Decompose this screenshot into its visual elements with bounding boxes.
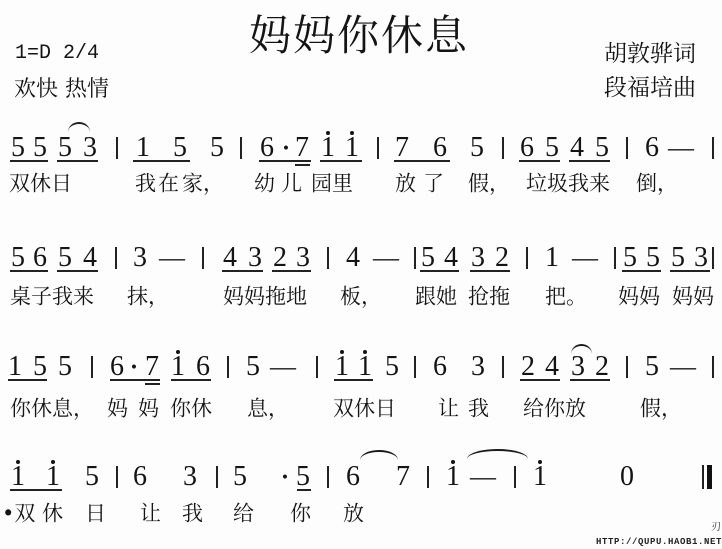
note: 4 xyxy=(346,244,360,272)
note-high-octave: 1 xyxy=(533,463,547,491)
note: 3 xyxy=(183,463,197,491)
note-extension-dash: — xyxy=(270,354,296,380)
lyric: 让 xyxy=(438,399,459,420)
lyric: 幼 xyxy=(254,174,275,195)
lyric: 让 xyxy=(140,504,161,525)
note: 5 xyxy=(470,134,484,162)
lyric: 给你放 xyxy=(523,399,586,420)
lyric: 给 xyxy=(233,504,254,525)
note: 6 xyxy=(196,353,210,381)
lyric: 儿 xyxy=(281,174,302,195)
note: 5 xyxy=(173,134,187,162)
lyric: 垃圾我来 xyxy=(526,174,610,195)
note: 6 xyxy=(520,134,534,162)
barline xyxy=(514,466,516,488)
beam-underline-second xyxy=(295,164,310,166)
beam-underline xyxy=(334,379,373,381)
high-octave-dot-icon xyxy=(538,460,542,464)
note: 7 xyxy=(145,353,159,381)
beam-underline xyxy=(8,379,47,381)
barline xyxy=(202,247,204,269)
note: 6 xyxy=(433,353,447,381)
beam-underline xyxy=(420,270,459,272)
note: 5 xyxy=(646,244,660,272)
note-high-octave: 1 xyxy=(335,353,349,381)
beam-underline xyxy=(320,160,362,162)
note: 5 xyxy=(233,463,247,491)
beam-underline xyxy=(520,379,560,381)
lyric: 你 xyxy=(290,504,311,525)
barline xyxy=(116,137,118,159)
note: 6 xyxy=(110,353,124,381)
note-extension-dash: — xyxy=(470,464,496,490)
note: 3 xyxy=(694,244,708,272)
barline xyxy=(712,356,714,378)
lyric: 你休 xyxy=(170,399,212,420)
barline xyxy=(216,466,218,488)
note: 6 xyxy=(33,244,47,272)
barline xyxy=(614,247,616,269)
beam-underline xyxy=(10,489,62,491)
note: 5 xyxy=(421,244,435,272)
note-extension-dash: — xyxy=(572,245,598,271)
note: 3 xyxy=(471,244,485,272)
barline xyxy=(327,466,329,488)
note: 3 xyxy=(248,244,262,272)
beam-underline xyxy=(394,160,450,162)
barline xyxy=(115,247,117,269)
lyric: 妈妈 xyxy=(618,287,660,308)
final-double-barline xyxy=(702,465,713,489)
note: 6 xyxy=(133,463,147,491)
beam-underline xyxy=(570,379,610,381)
note: 1 xyxy=(136,134,150,162)
note: 7 xyxy=(395,134,409,162)
barline xyxy=(227,356,229,378)
lyric: 妈 xyxy=(138,399,159,420)
high-octave-dot-icon xyxy=(340,350,344,354)
watermark-url: HTTP://QUPU.HAOB1.NET xyxy=(596,538,722,547)
note: 1 xyxy=(8,353,22,381)
lyric: 在 xyxy=(158,174,179,195)
note: 5 xyxy=(545,134,559,162)
note: 5 xyxy=(58,134,72,162)
lyric: 桌子我来 xyxy=(10,287,94,308)
note: 4 xyxy=(545,353,559,381)
note-high-octave: 1 xyxy=(11,463,25,491)
lyric: 妈妈 xyxy=(672,287,714,308)
note-high-octave: 1 xyxy=(345,134,359,162)
note-extension-dash: — xyxy=(159,245,185,271)
dotted-rhythm-dot: • xyxy=(282,469,288,486)
note-extension-dash: — xyxy=(668,135,694,161)
note: 5 xyxy=(33,353,47,381)
note-high-octave: 1 xyxy=(358,353,372,381)
barline xyxy=(240,137,242,159)
note: 5 xyxy=(385,353,399,381)
barline xyxy=(316,356,318,378)
beam-underline xyxy=(272,270,311,272)
lyric: 了 xyxy=(423,174,444,195)
dotted-rhythm-dot: • xyxy=(283,140,289,157)
high-octave-dot-icon xyxy=(326,131,330,135)
watermark-mark: 刃 xyxy=(711,523,721,533)
lyric: 你休息， xyxy=(10,399,94,420)
lyric: 假， xyxy=(468,174,510,195)
barline xyxy=(626,356,628,378)
note: 5 xyxy=(58,244,72,272)
lyric: 放 xyxy=(395,174,416,195)
barline xyxy=(502,137,504,159)
lyric: 妈妈拖地 xyxy=(223,287,307,308)
high-octave-dot-icon xyxy=(350,131,354,135)
note: 5 xyxy=(33,134,47,162)
note: 3 xyxy=(296,244,310,272)
lyric: 我 xyxy=(468,399,489,420)
beam-underline xyxy=(110,379,160,381)
beam-underline xyxy=(57,270,98,272)
note: 4 xyxy=(570,134,584,162)
beam-underline xyxy=(10,160,48,162)
note: 7 xyxy=(396,463,410,491)
beam-underline xyxy=(297,489,311,491)
note-high-octave: 1 xyxy=(171,353,185,381)
note: 3 xyxy=(83,134,97,162)
barline xyxy=(116,466,118,488)
note: 2 xyxy=(595,353,609,381)
note-high-octave: 1 xyxy=(446,463,460,491)
note: 5 xyxy=(595,134,609,162)
lyric: 抹， xyxy=(127,287,169,308)
slur-tie xyxy=(467,449,528,459)
beam-underline xyxy=(133,160,190,162)
barline xyxy=(526,247,528,269)
barline xyxy=(414,247,416,269)
note: 5 xyxy=(671,244,685,272)
slur-tie xyxy=(571,344,592,354)
lyric: 园里 xyxy=(311,174,353,195)
note-high-octave: 1 xyxy=(321,134,335,162)
score-body: 55531556•71176565456—双休日我在家，幼儿园里放了假，垃圾我来… xyxy=(0,0,722,549)
rest: 0 xyxy=(620,463,634,491)
note-extension-dash: — xyxy=(670,354,696,380)
note: 2 xyxy=(521,353,535,381)
lyric: 抢拖 xyxy=(468,287,510,308)
high-octave-dot-icon xyxy=(51,460,55,464)
barline xyxy=(712,247,714,269)
note: 5 xyxy=(85,463,99,491)
lyric: 我 xyxy=(135,174,156,195)
note: 5 xyxy=(645,353,659,381)
note: 5 xyxy=(11,244,25,272)
beam-underline xyxy=(569,160,610,162)
thin-barline xyxy=(702,465,704,489)
barline xyxy=(712,137,714,159)
beam-underline xyxy=(259,160,311,162)
high-octave-dot-icon xyxy=(176,350,180,354)
note: 3 xyxy=(571,353,585,381)
note: 3 xyxy=(471,353,485,381)
note: 3 xyxy=(133,244,147,272)
beam-underline xyxy=(222,270,263,272)
barline xyxy=(502,356,504,378)
beam-underline-second xyxy=(145,383,160,385)
high-octave-dot-icon xyxy=(16,460,20,464)
note: 7 xyxy=(295,134,309,162)
lyric: 日 xyxy=(85,504,106,525)
lyric: 放 xyxy=(343,504,364,525)
note: 6 xyxy=(260,134,274,162)
barline xyxy=(327,247,329,269)
note: 5 xyxy=(210,134,224,162)
slur-tie xyxy=(360,450,398,460)
lyric: 假， xyxy=(640,399,682,420)
beam-underline xyxy=(57,160,98,162)
note: 5 xyxy=(58,353,72,381)
lyric: 板， xyxy=(340,287,382,308)
note: 4 xyxy=(444,244,458,272)
barline xyxy=(626,137,628,159)
beam-underline xyxy=(470,270,510,272)
lyric: 我 xyxy=(182,504,203,525)
beam-underline xyxy=(622,270,661,272)
note: 4 xyxy=(83,244,97,272)
barline xyxy=(377,137,379,159)
note: 6 xyxy=(645,134,659,162)
lyric: 双休日 xyxy=(333,399,396,420)
lyric: 跟她 xyxy=(415,287,457,308)
lyric: 息， xyxy=(247,399,289,420)
slur-tie xyxy=(68,122,90,132)
lyric: 休 xyxy=(42,504,63,525)
note: 1 xyxy=(545,244,559,272)
note: 4 xyxy=(223,244,237,272)
note: 6 xyxy=(433,134,447,162)
beam-underline xyxy=(10,270,48,272)
beam-underline xyxy=(171,379,211,381)
note: 5 xyxy=(623,244,637,272)
lyric: 妈 xyxy=(107,399,128,420)
thick-barline xyxy=(707,465,712,489)
high-octave-dot-icon xyxy=(451,460,455,464)
note: 5 xyxy=(246,353,260,381)
note-high-octave: 1 xyxy=(46,463,60,491)
lyric: 倒， xyxy=(636,174,678,195)
beam-underline xyxy=(519,160,560,162)
note: 2 xyxy=(273,244,287,272)
lyric: 家， xyxy=(182,174,224,195)
lyric: 双休日 xyxy=(9,174,72,195)
note: 5 xyxy=(11,134,25,162)
note: 6 xyxy=(346,463,360,491)
note: 2 xyxy=(495,244,509,272)
barline xyxy=(427,466,429,488)
note-extension-dash: — xyxy=(373,245,399,271)
dotted-rhythm-dot: • xyxy=(131,359,137,376)
barline xyxy=(414,356,416,378)
note: 5 xyxy=(296,463,310,491)
lyric: 把。 xyxy=(545,287,587,308)
lyric: •双 xyxy=(2,504,35,525)
beam-underline xyxy=(670,270,710,272)
barline xyxy=(91,356,93,378)
high-octave-dot-icon xyxy=(363,350,367,354)
